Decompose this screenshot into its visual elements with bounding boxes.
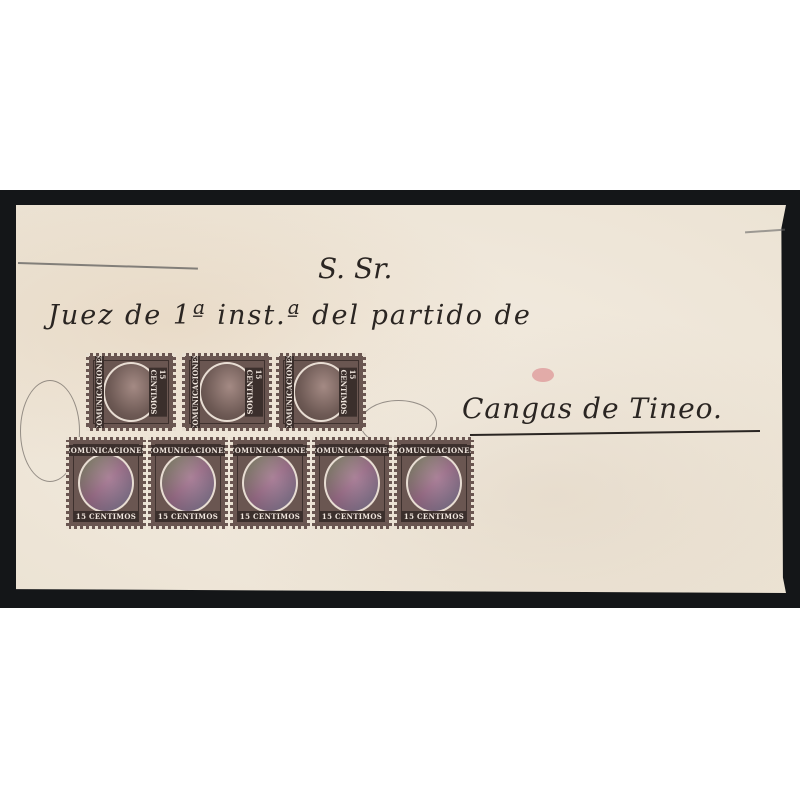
address-salutation: S. Sr. [318,252,392,285]
stamp-value: 15 CENTIMOS [73,511,139,522]
stamp-top-3: COMUNICACIONES 15 CENTIMOS [276,353,366,431]
stamp-bottom-4: COMUNICACIONES 15 CENTIMOS [312,437,392,529]
stamp-value: 15 CENTIMOS [339,368,357,417]
stamp-label: COMUNICACIONES [66,445,146,456]
stamp-bottom-1: COMUNICACIONES 15 CENTIMOS [66,437,146,529]
stamp-bottom-3: COMUNICACIONES 15 CENTIMOS [230,437,310,529]
stamp-value: 15 CENTIMOS [155,511,221,522]
stamp-value: 15 CENTIMOS [237,511,303,522]
stamp-value: 15 CENTIMOS [401,511,467,522]
stamp-label: COMUNICACIONES [394,445,474,456]
stamp-label: COMUNICACIONES [191,353,200,431]
stamp-label: COMUNICACIONES [148,445,228,456]
stamp-value: 15 CENTIMOS [319,511,385,522]
stamp-label: COMUNICACIONES [230,445,310,456]
address-line-1: Juez de 1ª inst.ª del partido de [48,300,532,331]
stamp-bottom-5: COMUNICACIONES 15 CENTIMOS [394,437,474,529]
stamp-label: COMUNICACIONES [285,353,294,431]
stamp-top-1: COMUNICACIONES 15 CENTIMOS [86,353,176,431]
stamp-label: COMUNICACIONES [95,353,104,431]
address-line-2: Cangas de Tineo. [462,392,723,425]
red-ink-mark [532,368,554,382]
stamp-label: COMUNICACIONES [312,445,392,456]
stamp-value: 15 CENTIMOS [245,368,263,417]
stamp-bottom-2: COMUNICACIONES 15 CENTIMOS [148,437,228,529]
stamp-top-2: COMUNICACIONES 15 CENTIMOS [182,353,272,431]
stamp-value: 15 CENTIMOS [149,368,167,417]
